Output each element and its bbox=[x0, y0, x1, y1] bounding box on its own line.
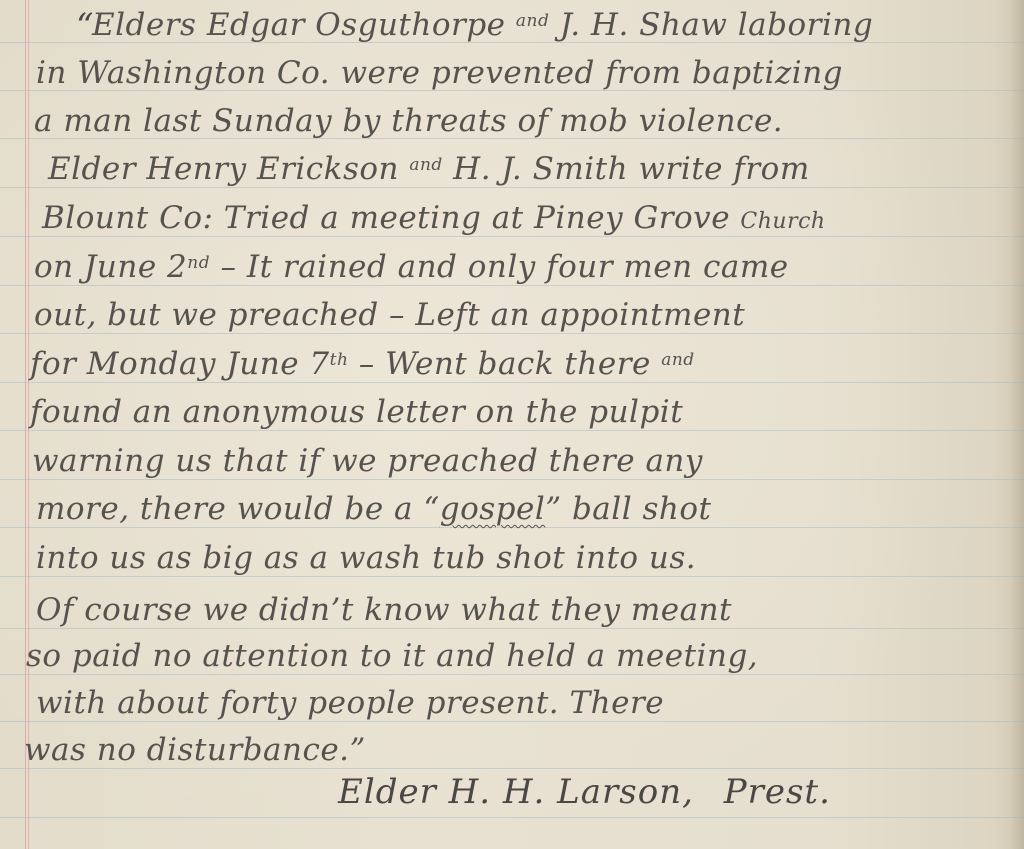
line-text: – It rained and only four men came bbox=[210, 249, 788, 285]
signature: Elder H. H. Larson, Prest. bbox=[338, 772, 831, 812]
handwritten-line-1: Elders Edgar Osguthorpe and J. H. Shaw l… bbox=[92, 10, 873, 41]
margin-line bbox=[28, 0, 29, 849]
rule-line bbox=[0, 382, 1024, 383]
handwritten-line-8: for Monday June 7th – Went back there an… bbox=[30, 349, 695, 380]
rule-line bbox=[0, 236, 1024, 237]
line-text: Elder Henry Erickson bbox=[48, 151, 409, 187]
rule-line bbox=[0, 187, 1024, 188]
line-text: J. H. Shaw laboring bbox=[549, 7, 873, 43]
line-text: – Went back there bbox=[348, 346, 661, 382]
line-text: and bbox=[516, 11, 549, 31]
handwritten-line-16: was no disturbance.” bbox=[24, 735, 366, 766]
line-text: more, there would be a “ bbox=[36, 491, 440, 527]
rule-line bbox=[0, 674, 1024, 675]
handwritten-line-12: into us as big as a wash tub shot into u… bbox=[36, 543, 696, 574]
handwritten-line-5: Blount Co: Tried a meeting at Piney Grov… bbox=[42, 203, 826, 234]
rule-line bbox=[0, 479, 1024, 480]
handwritten-line-3: a man last Sunday by threats of mob viol… bbox=[34, 106, 783, 137]
line-text: and bbox=[409, 155, 442, 175]
margin-line bbox=[25, 0, 26, 849]
line-text: ” ball shot bbox=[545, 491, 711, 527]
signature-name: Elder H. H. Larson, bbox=[338, 772, 694, 812]
line-text: H. J. Smith write from bbox=[443, 151, 810, 187]
rule-line bbox=[0, 527, 1024, 528]
handwritten-line-15: with about forty people present. There bbox=[36, 688, 664, 719]
line-text: th bbox=[330, 350, 349, 370]
line-text: Church bbox=[740, 209, 825, 234]
line-text: Elders Edgar Osguthorpe bbox=[92, 7, 516, 43]
rule-line bbox=[0, 628, 1024, 629]
handwritten-line-13: Of course we didn’t know what they meant bbox=[36, 595, 732, 626]
signature-title: Prest. bbox=[724, 772, 831, 812]
handwritten-line-2: in Washington Co. were prevented from ba… bbox=[36, 58, 843, 89]
line-text: nd bbox=[187, 253, 210, 273]
handwritten-line-9: found an anonymous letter on the pulpit bbox=[30, 397, 683, 428]
rule-line bbox=[0, 430, 1024, 431]
handwritten-line-6: on June 2nd – It rained and only four me… bbox=[34, 252, 789, 283]
rule-line bbox=[0, 768, 1024, 769]
handwritten-line-10: warning us that if we preached there any bbox=[32, 446, 703, 477]
rule-line bbox=[0, 721, 1024, 722]
line-text: for Monday June 7 bbox=[30, 346, 330, 382]
line-text: and bbox=[661, 350, 694, 370]
rule-line bbox=[0, 817, 1024, 818]
rule-line bbox=[0, 333, 1024, 334]
rule-line bbox=[0, 285, 1024, 286]
underlined-word: gospel bbox=[440, 491, 546, 527]
handwritten-line-4: Elder Henry Erickson and H. J. Smith wri… bbox=[48, 154, 810, 185]
handwritten-line-7: out, but we preached – Left an appointme… bbox=[34, 300, 745, 331]
line-text: on June 2 bbox=[34, 249, 187, 285]
page-edge-shadow bbox=[1010, 0, 1024, 849]
opening-quote-mark: “ bbox=[76, 6, 93, 46]
handwritten-line-14: so paid no attention to it and held a me… bbox=[26, 641, 758, 672]
handwritten-line-11: more, there would be a “gospel” ball sho… bbox=[36, 494, 711, 525]
line-text: Blount Co: Tried a meeting at Piney Grov… bbox=[42, 200, 740, 236]
rule-line bbox=[0, 576, 1024, 577]
ledger-page: “ Elders Edgar Osguthorpe and J. H. Shaw… bbox=[0, 0, 1024, 849]
